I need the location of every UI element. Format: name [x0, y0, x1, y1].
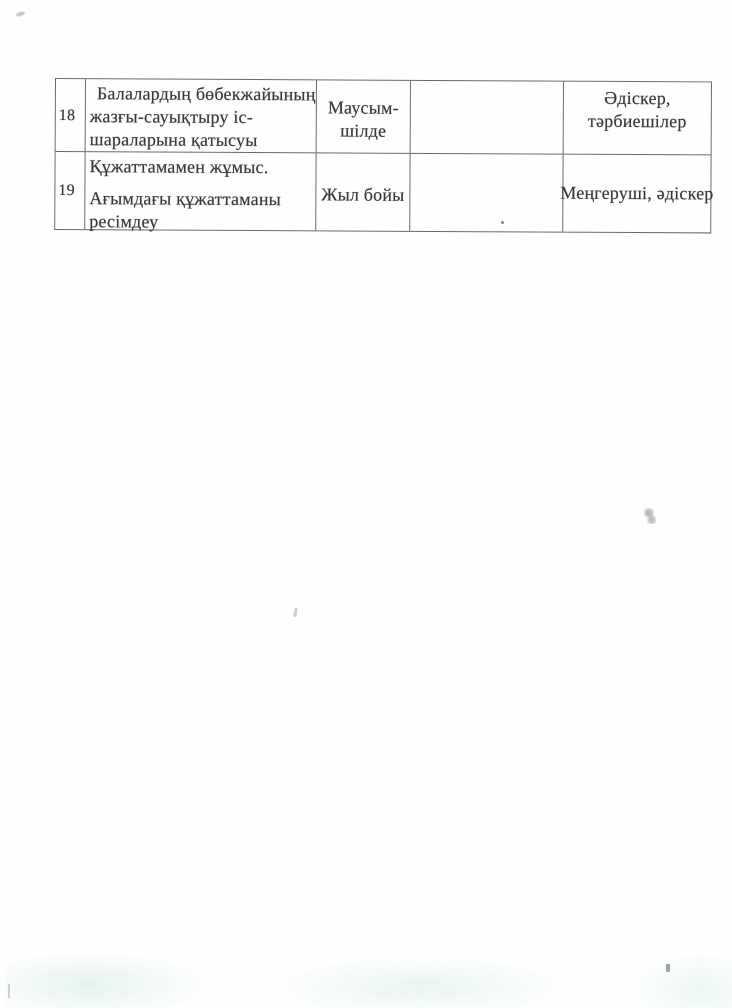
period-text-line: шілде [340, 119, 386, 142]
responsible-text-line: Әдіскер, [604, 87, 671, 110]
scan-speck [644, 508, 656, 524]
activity-plan-table: 18 Балалардың бөбекжайының жазғы-сауықты… [54, 78, 712, 233]
scan-blotch [265, 955, 575, 1008]
activity-text-line: шараларына қатысуы [90, 128, 313, 152]
activity-cell: Құжаттамамен жұмыс. Ағымдағы құжаттаманы… [85, 152, 316, 230]
activity-text-line: Балалардың бөбекжайының [90, 82, 313, 106]
scanned-document-page: 18 Балалардың бөбекжайының жазғы-сауықты… [0, 0, 732, 1008]
table-row: 18 Балалардың бөбекжайының жазғы-сауықты… [56, 79, 711, 155]
responsible-cell: Әдіскер, тәрбиешілер [564, 82, 711, 155]
period-text-line: Жыл бойы [321, 183, 404, 206]
table-row: 19 Құжаттамамен жұмыс. Ағымдағы құжаттам… [55, 152, 710, 232]
activity-cell: Балалардың бөбекжайының жазғы-сауықтыру … [86, 79, 317, 152]
period-cell: Жыл бойы [316, 153, 410, 230]
empty-cell [410, 154, 563, 232]
scan-speck [293, 608, 297, 617]
period-text-line: Маусым- [328, 96, 399, 119]
activity-text-line: жазғы-сауықтыру іс- [90, 105, 313, 129]
responsible-cell: Меңгеруші, әдіскер [563, 155, 710, 233]
scan-speck [16, 11, 26, 18]
row-number: 19 [58, 179, 75, 202]
empty-cell [411, 81, 564, 154]
row-number: 18 [59, 104, 76, 127]
scan-blotch [5, 950, 215, 1008]
scan-speck [8, 984, 10, 998]
period-cell: Маусым- шілде [317, 80, 411, 152]
responsible-text-line: Меңгеруші, әдіскер [560, 182, 713, 206]
row-number-cell: 18 [56, 79, 86, 151]
activity-text-line: Ағымдағы құжаттаманы [89, 187, 312, 211]
row-number-cell: 19 [55, 152, 85, 229]
responsible-text-line: тәрбиешілер [588, 110, 687, 134]
scan-blotch [630, 950, 732, 1008]
scan-speck [666, 964, 670, 972]
activity-text-line: ресімдеу [89, 210, 312, 234]
activity-text-line: Құжаттамамен жұмыс. [89, 155, 312, 179]
